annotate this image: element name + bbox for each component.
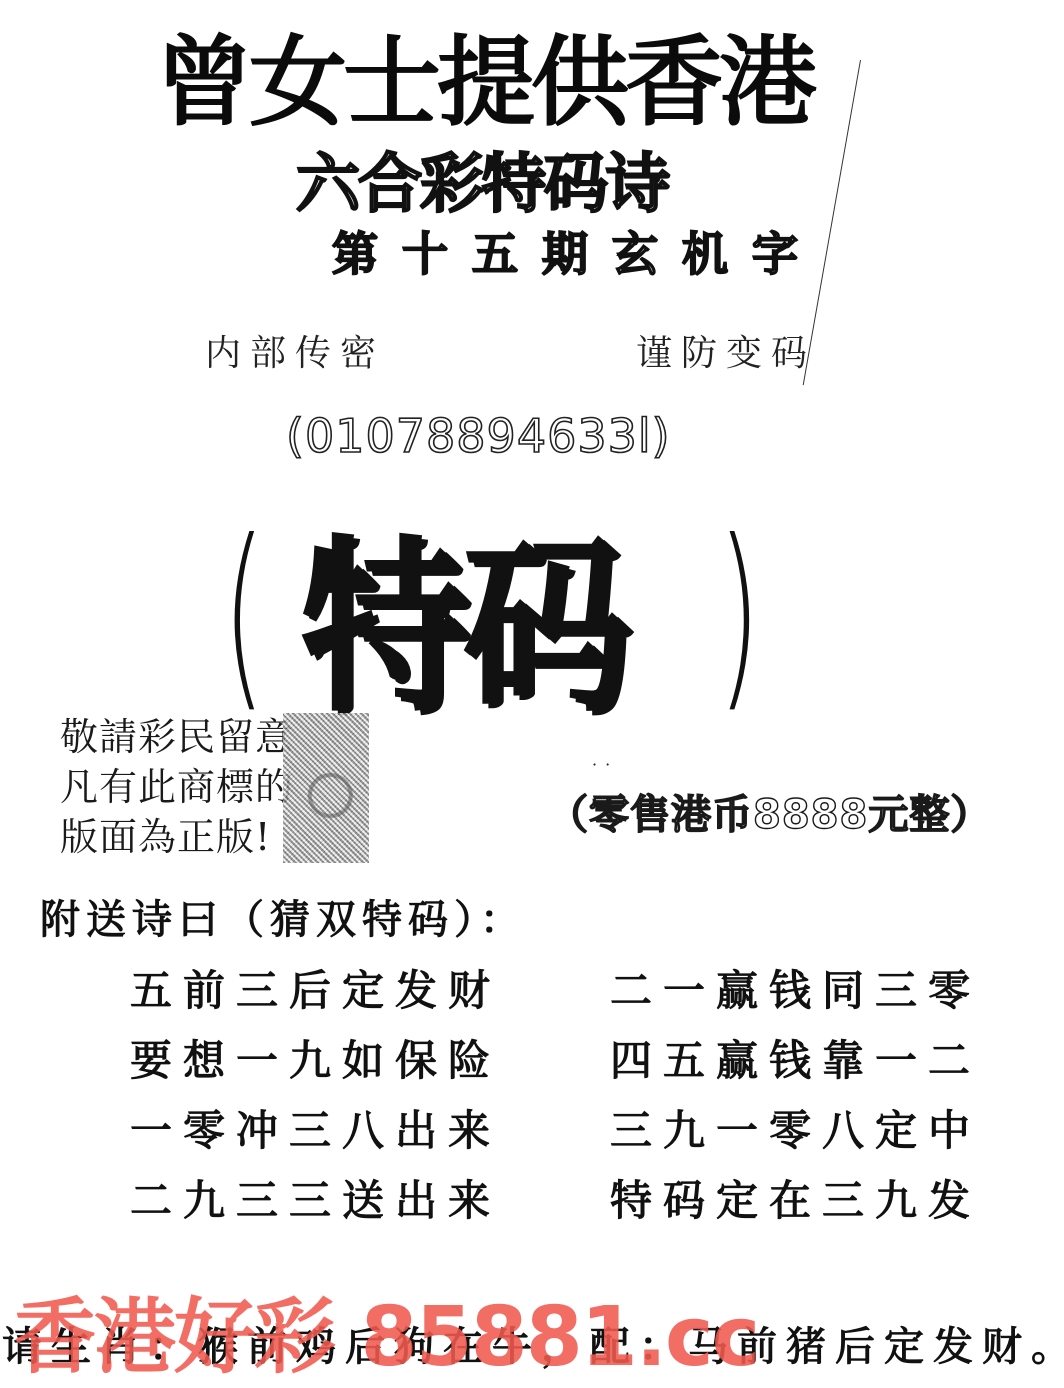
secret-label-left: 内部传密 [205, 325, 385, 376]
poem-header: 附送诗曰（猜双特码）： [40, 895, 526, 945]
watermark: 香港好彩 85881.cc [14, 1290, 758, 1386]
poem-line-right: 特码定在三九发 [610, 1175, 981, 1227]
poem-line-left: 一零冲三八出来 [130, 1105, 501, 1157]
poem-line-right: 四五赢钱靠一二 [610, 1035, 981, 1087]
poem-line-right: 三九一零八定中 [610, 1105, 981, 1157]
poem-line-right: 二一赢钱同三零 [610, 965, 981, 1017]
notice-line: 敬請彩民留意 [60, 712, 294, 762]
poem-row: 要想一九如保险 四五赢钱靠一二 [0, 1035, 1064, 1095]
poem-line-left: 五前三后定发财 [130, 965, 501, 1017]
feature-heading: 特码 [300, 515, 624, 739]
poem-line-left: 要想一九如保险 [130, 1035, 501, 1087]
secret-label-right: 谨防变码 [636, 325, 816, 376]
poem-line-left: 二九三三送出来 [130, 1175, 501, 1227]
price-dots: ·· [592, 755, 618, 774]
code-number: (01078894633l) [286, 408, 671, 464]
poem-row: 一零冲三八出来 三九一零八定中 [0, 1105, 1064, 1165]
poem-row: 二九三三送出来 特码定在三九发 [0, 1175, 1064, 1235]
page-title: 曾女士提供香港 [155, 28, 813, 138]
authenticity-notice: 敬請彩民留意 凡有此商標的 版面為正版! [60, 712, 294, 862]
poem-row: 五前三后定发财 二一赢钱同三零 [0, 965, 1064, 1025]
retail-price: （零售港币8888元整） [548, 790, 991, 840]
big-paren-right: ) [718, 515, 761, 715]
issue-label: 第十五期玄机字 [332, 226, 822, 282]
big-paren-left: ( [223, 515, 266, 715]
notice-line: 凡有此商標的 [60, 762, 294, 812]
notice-line: 版面為正版! [60, 812, 294, 862]
page-subtitle: 六合彩特码诗 [296, 148, 668, 222]
trademark-image-icon [283, 713, 369, 863]
